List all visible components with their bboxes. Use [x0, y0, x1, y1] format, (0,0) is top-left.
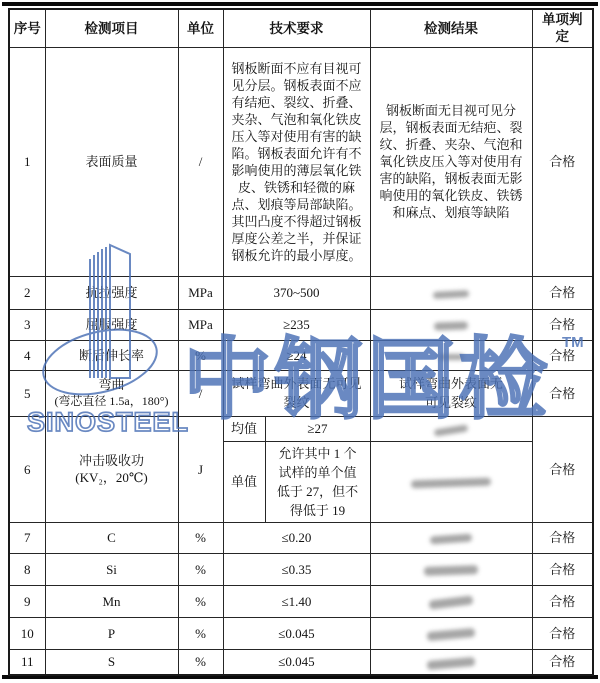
cell-no: 10	[9, 617, 45, 649]
cell-result-redacted	[370, 522, 532, 553]
inspection-table: 序号 检测项目 单位 技术要求 检测结果 单项判定 1 表面质量 / 钢板断面不…	[8, 8, 594, 676]
cell-item: Si	[45, 553, 178, 585]
table-row: 6 冲击吸收功 (KV₂，20℃) J 均值 ≥27 合格	[9, 416, 593, 441]
header-no: 序号	[9, 9, 45, 47]
cell-verdict: 合格	[532, 649, 593, 675]
cell-requirement: ≤0.20	[223, 522, 370, 553]
cell-result-redacted	[370, 340, 532, 370]
header-item: 检测项目	[45, 9, 178, 47]
redacted-result	[424, 565, 478, 576]
table-row: 1 表面质量 / 钢板断面不应有目视可见分层。钢板表面不应有结疤、裂纹、折叠、夹…	[9, 47, 593, 276]
cell-verdict: 合格	[532, 47, 593, 276]
cell-unit: MPa	[178, 276, 223, 309]
item-line1: 弯曲	[49, 376, 175, 393]
cell-requirement: ≤0.045	[223, 649, 370, 675]
cell-unit: /	[178, 47, 223, 276]
item-line1: 冲击吸收功	[49, 452, 175, 469]
cell-no: 9	[9, 585, 45, 617]
redacted-result	[433, 290, 469, 299]
header-verdict: 单项判定	[532, 9, 593, 47]
cell-unit: %	[178, 553, 223, 585]
cell-item: S	[45, 649, 178, 675]
scanned-report-page: 序号 检测项目 单位 技术要求 检测结果 单项判定 1 表面质量 / 钢板断面不…	[0, 0, 600, 683]
cell-result-redacted	[370, 416, 532, 441]
cell-no: 6	[9, 416, 45, 522]
cell-unit: /	[178, 370, 223, 416]
redacted-result	[427, 657, 476, 670]
item-line2: (弯芯直径 1.5a，180°)	[49, 393, 175, 410]
cell-no: 4	[9, 340, 45, 370]
table-row: 5 弯曲 (弯芯直径 1.5a，180°) / 试样弯曲外表面无可见裂纹 试样弯…	[9, 370, 593, 416]
item-line2: (KV₂，20℃)	[49, 469, 175, 486]
table-row: 3 屈服强度 MPa ≥235 合格	[9, 309, 593, 340]
cell-requirement: ≤0.045	[223, 617, 370, 649]
cell-requirement: ≥24	[223, 340, 370, 370]
cell-sub-label: 单值	[223, 441, 265, 522]
cell-requirement: ≥235	[223, 309, 370, 340]
table-row: 8 Si % ≤0.35 合格	[9, 553, 593, 585]
redacted-result	[434, 424, 469, 436]
redacted-result	[438, 354, 464, 360]
cell-requirement: 370~500	[223, 276, 370, 309]
cell-unit: MPa	[178, 309, 223, 340]
cell-result-redacted	[370, 617, 532, 649]
cell-verdict: 合格	[532, 276, 593, 309]
cell-item: 弯曲 (弯芯直径 1.5a，180°)	[45, 370, 178, 416]
cell-verdict: 合格	[532, 585, 593, 617]
cell-no: 8	[9, 553, 45, 585]
table-row: 11 S % ≤0.045 合格	[9, 649, 593, 675]
cell-no: 2	[9, 276, 45, 309]
cell-no: 11	[9, 649, 45, 675]
cell-result-redacted	[370, 585, 532, 617]
cell-unit: J	[178, 416, 223, 522]
table-row: 9 Mn % ≤1.40 合格	[9, 585, 593, 617]
table-row: 2 抗拉强度 MPa 370~500 合格	[9, 276, 593, 309]
cell-sub-label: 均值	[223, 416, 265, 441]
cell-result-redacted	[370, 309, 532, 340]
cell-result-redacted	[370, 276, 532, 309]
header-result: 检测结果	[370, 9, 532, 47]
cell-requirement: 试样弯曲外表面无可见裂纹	[223, 370, 370, 416]
cell-no: 3	[9, 309, 45, 340]
table-row: 7 C % ≤0.20 合格	[9, 522, 593, 553]
cell-verdict: 合格	[532, 522, 593, 553]
top-rule-line	[2, 2, 598, 6]
redacted-result	[430, 534, 472, 545]
cell-item: C	[45, 522, 178, 553]
redacted-result	[434, 321, 468, 330]
header-requirement: 技术要求	[223, 9, 370, 47]
cell-item: 冲击吸收功 (KV₂，20℃)	[45, 416, 178, 522]
cell-requirement: 允许其中 1 个试样的单个值低于 27，但不得低于 19	[265, 441, 370, 522]
cell-no: 1	[9, 47, 45, 276]
cell-item: Mn	[45, 585, 178, 617]
cell-item: 抗拉强度	[45, 276, 178, 309]
redacted-result	[429, 595, 474, 609]
cell-requirement: ≥27	[265, 416, 370, 441]
cell-requirement: 钢板断面不应有目视可见分层。钢板表面不应有结疤、裂纹、折叠、夹杂、气泡和氧化铁皮…	[223, 47, 370, 276]
cell-unit: %	[178, 649, 223, 675]
cell-item: 表面质量	[45, 47, 178, 276]
cell-no: 5	[9, 370, 45, 416]
cell-verdict: 合格	[532, 309, 593, 340]
table-header-row: 序号 检测项目 单位 技术要求 检测结果 单项判定	[9, 9, 593, 47]
table-row: 10 P % ≤0.045 合格	[9, 617, 593, 649]
cell-item: P	[45, 617, 178, 649]
redacted-result	[427, 628, 476, 641]
cell-unit: %	[178, 585, 223, 617]
cell-result: 试样弯曲外表面无可见裂纹	[370, 370, 532, 416]
cell-result: 钢板断面无目视可见分层，钢板表面无结疤、裂纹、折叠、夹杂、气泡和氧化铁皮压入等对…	[370, 47, 532, 276]
cell-requirement: ≤1.40	[223, 585, 370, 617]
cell-verdict: 合格	[532, 416, 593, 522]
cell-item: 屈服强度	[45, 309, 178, 340]
header-unit: 单位	[178, 9, 223, 47]
cell-result-redacted	[370, 649, 532, 675]
cell-result-redacted	[370, 553, 532, 585]
cell-item: 断后伸长率	[45, 340, 178, 370]
cell-no: 7	[9, 522, 45, 553]
cell-requirement: ≤0.35	[223, 553, 370, 585]
cell-unit: %	[178, 340, 223, 370]
cell-verdict: 合格	[532, 617, 593, 649]
cell-unit: %	[178, 617, 223, 649]
cell-unit: %	[178, 522, 223, 553]
redacted-result	[411, 478, 491, 489]
cell-verdict: 合格	[532, 370, 593, 416]
cell-verdict: 合格	[532, 340, 593, 370]
table-row: 4 断后伸长率 % ≥24 合格	[9, 340, 593, 370]
cell-verdict: 合格	[532, 553, 593, 585]
cell-result-redacted	[370, 441, 532, 522]
